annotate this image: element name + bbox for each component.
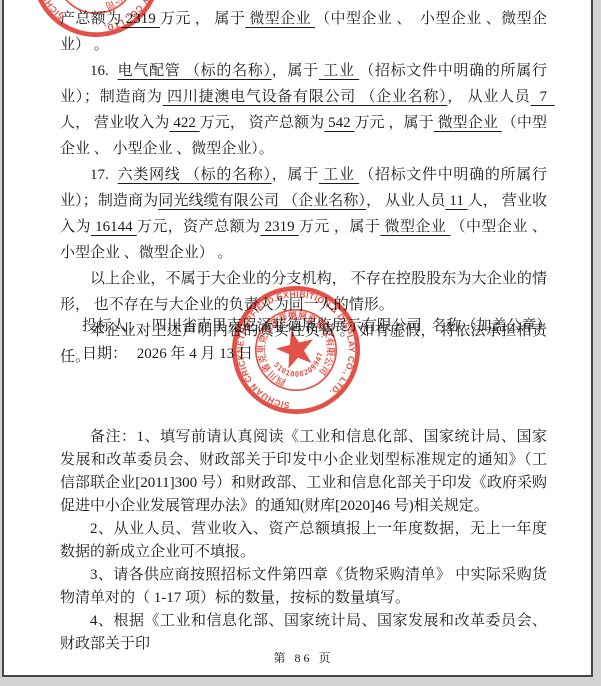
- filled-in-value: 2319: [260, 219, 298, 235]
- static-text: 万元 ， 属于: [160, 11, 245, 27]
- filled-in-value: 2319: [122, 11, 160, 27]
- page-number: 第 86 页: [60, 649, 547, 666]
- static-text: 17.: [90, 167, 118, 183]
- paragraph-item16: 16. 电气配管 （标的名称），属于 工业 （招标文件中明确的所属行业）；制造商…: [60, 58, 547, 162]
- bidder-seal-note: 名称（加盖公章）: [432, 318, 552, 334]
- bidder-company-name: 四川省克里克尼泽菲德展览展示有限公司: [152, 318, 422, 334]
- filled-in-value: 16144: [91, 219, 137, 235]
- paragraph-item15-continuation: 产总额为 2319 万元 ， 属于 微型企业 （中型企业 、 小型企业 、微型企…: [60, 6, 547, 58]
- static-text: 16.: [90, 63, 118, 79]
- static-text: ， 从业人员: [447, 89, 530, 105]
- static-text: 万元， 资产总额为: [200, 115, 325, 131]
- static-text: 万元，资产总额为: [137, 219, 261, 235]
- static-text: ，属于: [272, 167, 319, 183]
- date-label: 日期：: [82, 346, 127, 362]
- remark-1: 备注：1、填写前请认真阅读《工业和信息化部、国家统计局、国家发展和改革委员会、财…: [60, 426, 547, 518]
- filled-in-value: 微型企业: [434, 115, 502, 131]
- static-text: 以上企业，不属于大企业的分支机构， 不存在控股股东为大企业的情形， 也不存在与大…: [60, 271, 547, 313]
- filled-in-value: 微型企业: [245, 11, 315, 27]
- document-canvas: 产总额为 2319 万元 ， 属于 微型企业 （中型企业 、 小型企业 、微型企…: [0, 0, 601, 686]
- bidder-line: 投标人： 四川省克里克尼泽菲德展览展示有限公司 名称（加盖公章）: [82, 312, 558, 340]
- static-text: ， 从业人员: [366, 193, 445, 209]
- static-text: 人， 营业收入为: [60, 115, 169, 131]
- filled-in-value: 微型企业: [380, 219, 450, 235]
- date-value: 2026 年 4 月 13 日: [137, 346, 253, 362]
- paragraph-item17: 17. 六类网线 （标的名称），属于 工业 （招标文件中明确的所属行业）；制造商…: [60, 162, 547, 266]
- filled-in-value: 7: [531, 89, 555, 105]
- remarks-section: 备注：1、填写前请认真阅读《工业和信息化部、国家统计局、国家发展和改革委员会、财…: [60, 426, 547, 656]
- filled-in-value: 电气配管 （标的名称）: [118, 63, 272, 79]
- static-text: 万元 ，属于: [299, 219, 380, 235]
- static-text: 万元 ，属于: [354, 115, 433, 131]
- static-text: ，属于: [272, 63, 319, 79]
- document-page: 产总额为 2319 万元 ， 属于 微型企业 （中型企业 、 小型企业 、微型企…: [2, 0, 593, 677]
- filled-in-value: 六类网线 （标的名称）: [118, 167, 272, 183]
- filled-in-value: 工业: [319, 167, 359, 183]
- filled-in-value: 11: [446, 193, 468, 209]
- signature-block: 投标人： 四川省克里克尼泽菲德展览展示有限公司 名称（加盖公章） 日期： 202…: [82, 312, 558, 368]
- remark-2: 2、从业人员、营业收入、资产总额填报上一年度数据，无上一年度数据的新成立企业可不…: [60, 518, 547, 564]
- date-line: 日期： 2026 年 4 月 13 日: [82, 340, 558, 368]
- paragraph-no-large-enterprise: 以上企业，不属于大企业的分支机构， 不存在控股股东为大企业的情形， 也不存在与大…: [60, 266, 547, 318]
- filled-in-value: 同光线缆有限公司 （企业名称）: [158, 193, 366, 209]
- filled-in-value: 422: [169, 115, 199, 131]
- filled-in-value: 四川捷澳电气设备有限公司 （企业名称）: [163, 89, 448, 105]
- remark-3: 3、请各供应商按照招标文件第四章《货物采购清单》 中实际采购货物清单对的（ 1-…: [60, 564, 547, 610]
- filled-in-value: 542: [324, 115, 354, 131]
- filled-in-value: 工业: [319, 63, 359, 79]
- bidder-label: 投标人：: [82, 318, 142, 334]
- static-text: 产总额为: [60, 11, 122, 27]
